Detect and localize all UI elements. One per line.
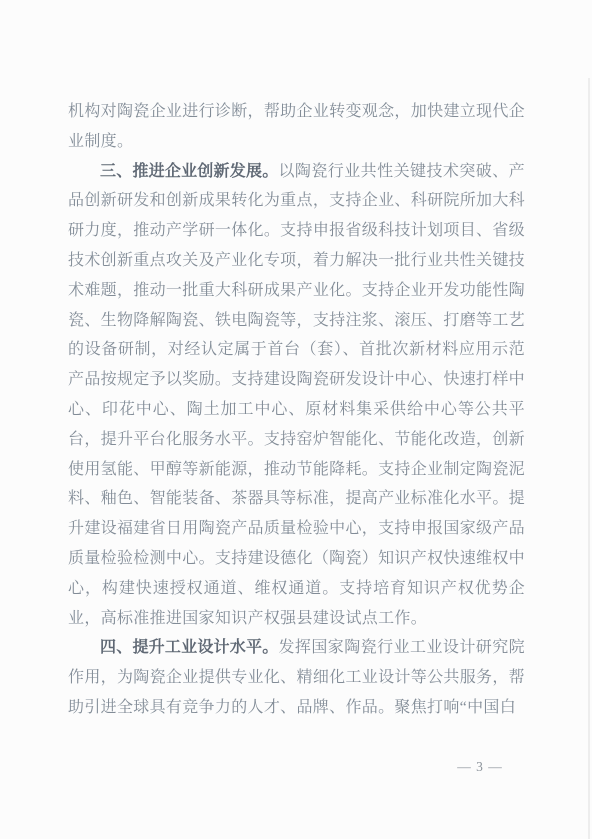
page-number: — 3 — (430, 759, 530, 775)
section-heading-text: 四、提升工业设计水平。 (100, 639, 278, 656)
section-heading-text: 三、推进企业创新发展。 (100, 163, 278, 180)
scan-edge-artifact (588, 78, 590, 839)
body-text: 以陶瓷行业共性关键技术突破、产品创新研发和创新成果转化为重点，支持企业、科研院所… (68, 163, 525, 627)
paragraph: 三、推进企业创新发展。以陶瓷行业共性关键技术突破、产品创新研发和创新成果转化为重… (68, 157, 525, 634)
paragraph: 四、提升工业设计水平。发挥国家陶瓷行业工业设计研究院作用，为陶瓷企业提供专业化、… (68, 633, 525, 722)
body-text: 机构对陶瓷企业进行诊断，帮助企业转变观念，加快建立现代企业制度。 (68, 103, 525, 150)
paragraph: 机构对陶瓷企业进行诊断，帮助企业转变观念，加快建立现代企业制度。 (68, 97, 525, 157)
scanned-document-page: 机构对陶瓷企业进行诊断，帮助企业转变观念，加快建立现代企业制度。三、推进企业创新… (0, 0, 592, 839)
document-body: 机构对陶瓷企业进行诊断，帮助企业转变观念，加快建立现代企业制度。三、推进企业创新… (68, 97, 525, 723)
